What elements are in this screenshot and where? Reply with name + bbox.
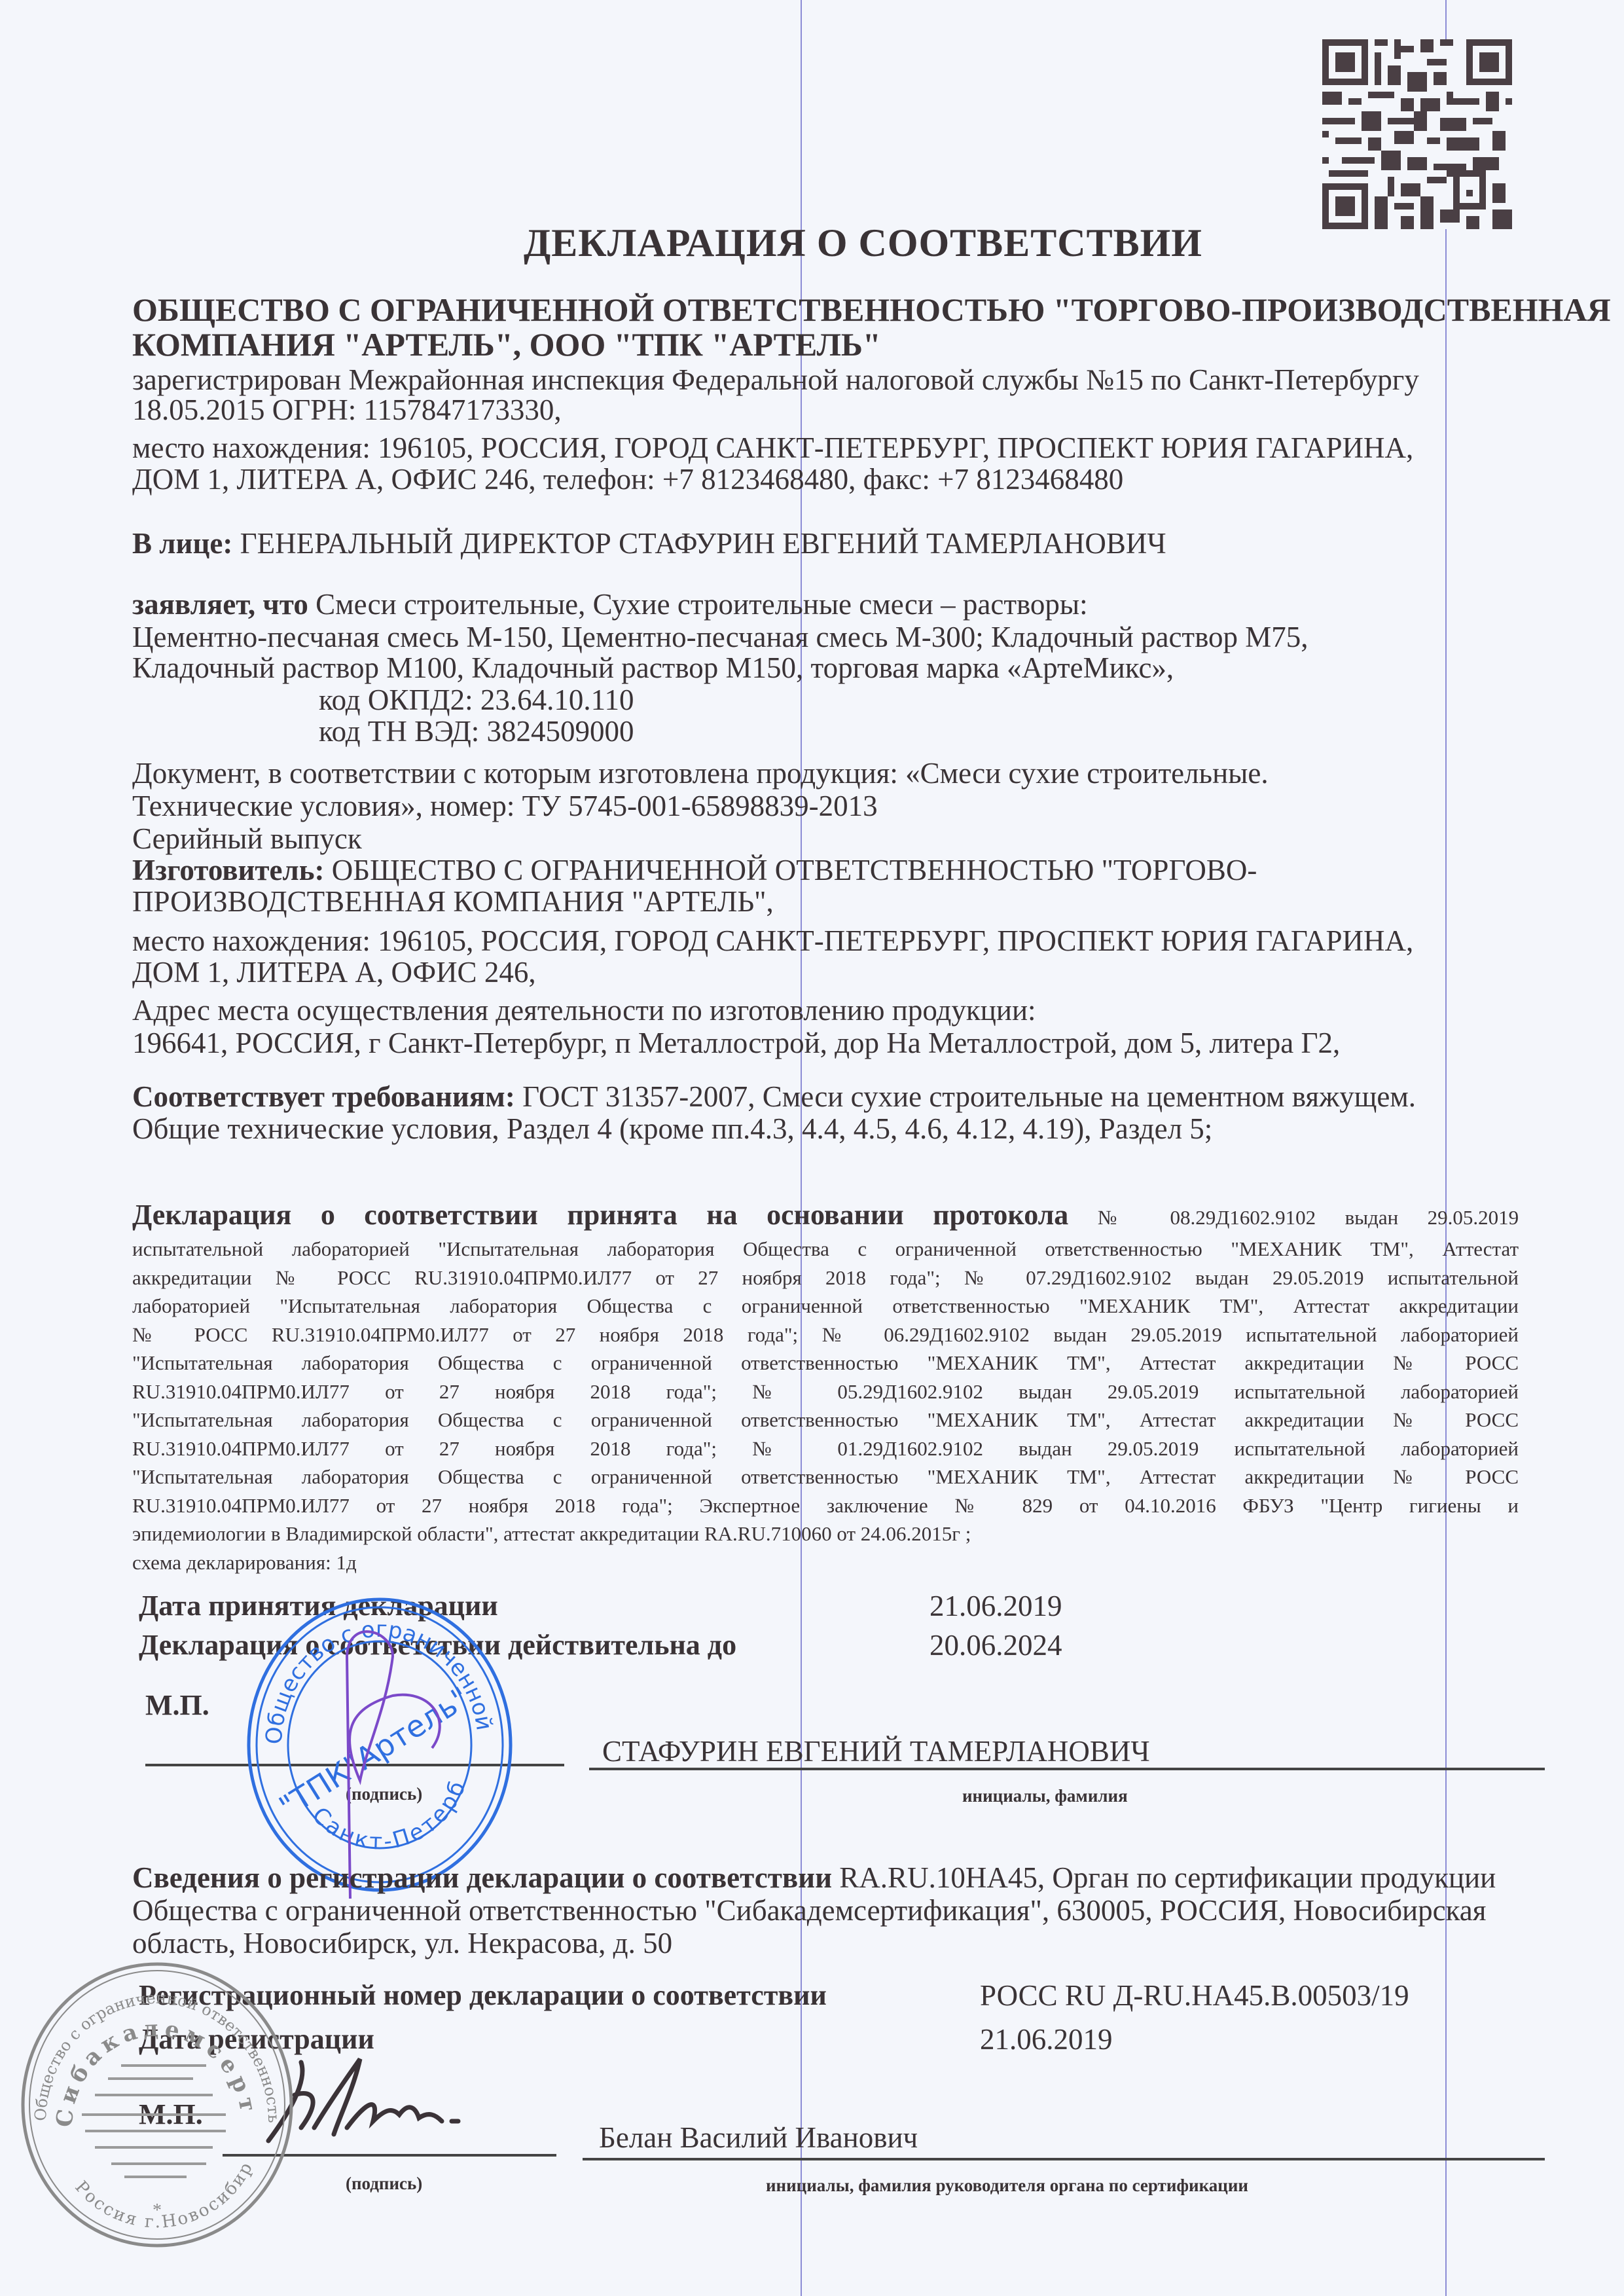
compliance-first-line: Соответствует требованиям: ГОСТ 31357-20… bbox=[132, 1080, 1416, 1113]
manufacturer-line: ДОМ 1, ЛИТЕРА А, ОФИС 246, bbox=[132, 956, 536, 989]
represented-by-label: В лице: bbox=[132, 527, 232, 560]
applicant-signer-name: СТАФУРИН ЕВГЕНИЙ ТАМЕРЛАНОВИЧ bbox=[602, 1735, 1150, 1768]
applicant-name-line: ОБЩЕСТВО С ОГРАНИЧЕННОЙ ОТВЕТСТВЕННОСТЬЮ… bbox=[132, 290, 1611, 329]
basis-head-line: Декларация о соответствии принята на осн… bbox=[132, 1198, 1519, 1235]
certifier-name-underline bbox=[583, 2158, 1545, 2160]
basis-line: RU.31910.04ПРМ0.ИЛ77 от 27 ноября 2018 г… bbox=[132, 1491, 1519, 1520]
serial-production: Серийный выпуск bbox=[132, 822, 362, 855]
svg-text:*: * bbox=[153, 2200, 162, 2221]
compliance-standard: ГОСТ 31357-2007, Смеси сухие строительны… bbox=[522, 1080, 1416, 1113]
declaration-scheme: схема декларирования: 1д bbox=[132, 1548, 1519, 1577]
registration-first-line: Сведения о регистрации декларации о соот… bbox=[132, 1861, 1496, 1894]
document-basis-line: Технические условия», номер: ТУ 5745-001… bbox=[132, 790, 878, 822]
certification-body-stamp-icon: Общество с ограниченной ответственностью… bbox=[16, 1958, 298, 2252]
basis-line: RU.31910.04ПРМ0.ИЛ77 от 27 ноября 2018 г… bbox=[132, 1377, 1519, 1406]
manufacturer-line: ПРОИЗВОДСТВЕННАЯ КОМПАНИЯ "АРТЕЛЬ", bbox=[132, 885, 774, 918]
declares-label: заявляет, что bbox=[132, 588, 308, 621]
applicant-name-line: КОМПАНИЯ "АРТЕЛЬ", ООО "ТПК "АРТЕЛЬ" bbox=[132, 325, 881, 364]
registration-date-value: 21.06.2019 bbox=[980, 2023, 1113, 2056]
company-stamp-icon: Общество с ограниченной ответственностью… bbox=[236, 1591, 524, 1899]
applicant-registration-line: зарегистрирован Межрайонная инспекция Фе… bbox=[132, 363, 1419, 396]
basis-block: Декларация о соответствии принята на осн… bbox=[132, 1198, 1519, 1576]
basis-line: "Испытательная лаборатория Общества с ог… bbox=[132, 1463, 1519, 1491]
applicant-name-caption: инициалы, фамилия bbox=[962, 1779, 1128, 1812]
applicant-mp-label: М.П. bbox=[145, 1689, 209, 1722]
accepted-date-value: 21.06.2019 bbox=[929, 1590, 1062, 1622]
qr-code-icon bbox=[1322, 39, 1512, 229]
handwritten-signature-icon bbox=[262, 2056, 563, 2154]
document-basis-line: Документ, в соответствии с которым изгот… bbox=[132, 757, 1269, 790]
compliance-label: Соответствует требованиям: bbox=[132, 1080, 515, 1113]
registration-line: Общества с ограниченной ответственностью… bbox=[132, 1894, 1486, 1927]
certifier-name-caption: инициалы, фамилия руководителя органа по… bbox=[766, 2169, 1248, 2202]
basis-line: испытательной лабораторией "Испытательна… bbox=[132, 1235, 1519, 1264]
certifier-signature-caption: (подпись) bbox=[346, 2167, 422, 2200]
applicant-address-line: место нахождения: 196105, РОССИЯ, ГОРОД … bbox=[132, 431, 1413, 464]
applicant-address-line: ДОМ 1, ЛИТЕРА А, ОФИС 246, телефон: +7 8… bbox=[132, 463, 1123, 496]
compliance-second-line: Общие технические условия, Раздел 4 (кро… bbox=[132, 1112, 1212, 1145]
scan-artifact-line bbox=[1445, 0, 1447, 2296]
basis-line: "Испытательная лаборатория Общества с ог… bbox=[132, 1406, 1519, 1434]
manufacturer-name: ОБЩЕСТВО С ОГРАНИЧЕННОЙ ОТВЕТСТВЕННОСТЬЮ… bbox=[332, 854, 1257, 886]
basis-line: эпидемиологии в Владимирской области", а… bbox=[132, 1520, 1519, 1548]
registration-line: область, Новосибирск, ул. Некрасова, д. … bbox=[132, 1927, 672, 1959]
represented-by-value: ГЕНЕРАЛЬНЫЙ ДИРЕКТОР СТАФУРИН ЕВГЕНИЙ ТА… bbox=[240, 527, 1166, 560]
basis-line: RU.31910.04ПРМ0.ИЛ77 от 27 ноября 2018 г… bbox=[132, 1434, 1519, 1463]
basis-line: "Испытательная лаборатория Общества с ог… bbox=[132, 1349, 1519, 1377]
applicant-registration-line: 18.05.2015 ОГРН: 1157847173330, bbox=[132, 393, 562, 426]
certifier-name: Белан Василий Иванович bbox=[599, 2121, 918, 2154]
basis-line: лабораторией "Испытательная лаборатория … bbox=[132, 1292, 1519, 1321]
production-address-label: Адрес места осуществления деятельности п… bbox=[132, 994, 1036, 1027]
applicant-name-underline bbox=[589, 1768, 1545, 1770]
registration-body: RA.RU.10НА45, Орган по сертификации прод… bbox=[839, 1861, 1496, 1894]
declares-products: Смеси строительные, Сухие строительные с… bbox=[316, 588, 1088, 621]
tn-ved-code: код ТН ВЭД: 3824509000 bbox=[319, 715, 634, 748]
registration-number-value: РОСС RU Д-RU.НА45.В.00503/19 bbox=[980, 1979, 1409, 2012]
valid-until-value: 20.06.2024 bbox=[929, 1629, 1062, 1662]
okpd2-code: код ОКПД2: 23.64.10.110 bbox=[319, 683, 634, 716]
declares-first-line: заявляет, что Смеси строительные, Сухие … bbox=[132, 588, 1088, 621]
declares-product-line: Цементно-песчаная смесь М-150, Цементно-… bbox=[132, 621, 1308, 653]
manufacturer-first-line: Изготовитель: ОБЩЕСТВО С ОГРАНИЧЕННОЙ ОТ… bbox=[132, 854, 1257, 886]
svg-text:Общество с ограниченной ответс: Общество с ограниченной ответственностью bbox=[236, 1591, 498, 1745]
represented-by: В лице: ГЕНЕРАЛЬНЫЙ ДИРЕКТОР СТАФУРИН ЕВ… bbox=[132, 527, 1166, 560]
registration-label: Сведения о регистрации декларации о соот… bbox=[132, 1861, 832, 1894]
basis-line: аккредитации № РОСС RU.31910.04ПРМ0.ИЛ77… bbox=[132, 1264, 1519, 1292]
declaration-page: ДЕКЛАРАЦИЯ О СООТВЕТСТВИИ ОБЩЕСТВО С ОГР… bbox=[0, 0, 1624, 2296]
manufacturer-line: место нахождения: 196105, РОССИЯ, ГОРОД … bbox=[132, 924, 1413, 957]
manufacturer-label: Изготовитель: bbox=[132, 854, 325, 886]
basis-line: № РОСС RU.31910.04ПРМ0.ИЛ77 от 27 ноября… bbox=[132, 1321, 1519, 1349]
production-address: 196641, РОССИЯ, г Санкт-Петербург, п Мет… bbox=[132, 1027, 1340, 1059]
declares-product-line: Кладочный раствор М100, Кладочный раство… bbox=[132, 651, 1174, 684]
page-title: ДЕКЛАРАЦИЯ О СООТВЕТСТВИИ bbox=[524, 219, 1202, 266]
